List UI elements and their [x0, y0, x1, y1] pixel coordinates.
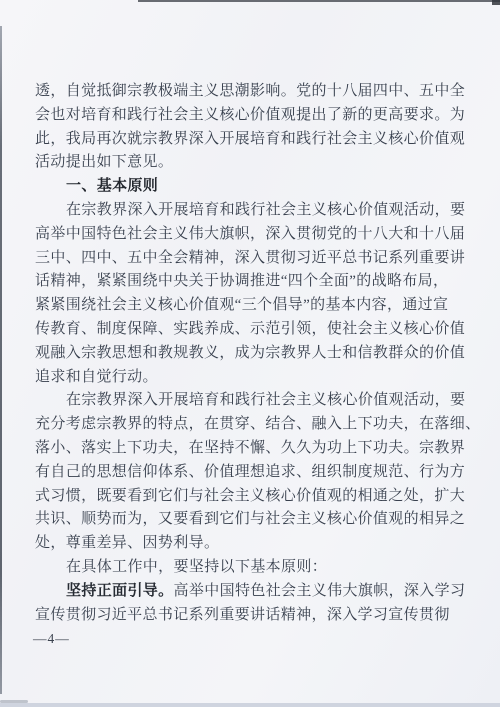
text-segment: 在具体工作中，要坚持以下基本原则：: [66, 559, 327, 575]
text-line: 高举中国特色社会主义伟大旗帜，深入贯彻党的十八大和十八届: [35, 223, 467, 247]
text-segment: 式习惯，既要看到它们与社会主义核心价值观的相通之处，扩大: [35, 488, 465, 504]
text-line: 话精神，紧紧围绕中央关于协调推进“四个全面”的战略布局，: [35, 270, 467, 294]
scan-edge-left: [0, 26, 2, 694]
text-line: 充分考虑宗教界的特点，在贯穿、结合、融入上下功夫，在落细、: [35, 413, 467, 437]
text-segment: 追求和自觉行动。: [35, 369, 158, 385]
text-line: 落小、落实上下功夫，在坚持不懈、久久为功上下功夫。宗教界: [35, 437, 467, 461]
text-line: 活动提出如下意见。: [35, 151, 467, 175]
text-line: 宣传贯彻习近平总书记系列重要讲话精神，深入学习宣传贯彻: [35, 604, 467, 628]
text-line: 一、基本原则: [35, 175, 467, 199]
text-segment: 此，我局再次就宗教界深入开展培育和践行社会主义核心价值观: [35, 131, 465, 147]
page-number: —4—: [33, 630, 70, 648]
text-line: 追求和自觉行动。: [35, 366, 467, 390]
text-line: 式习惯，既要看到它们与社会主义核心价值观的相通之处，扩大: [35, 485, 467, 509]
text-segment: 在宗教界深入开展培育和践行社会主义核心价值观活动，要: [66, 392, 465, 408]
text-line: 有自己的思想信仰体系、价值理想追求、组织制度规范、行为方: [35, 461, 467, 485]
paragraph-religious-characteristics: 在宗教界深入开展培育和践行社会主义核心价值观活动，要充分考虑宗教界的特点，在贯穿…: [35, 389, 467, 556]
scan-edge-bottom-band: [0, 703, 500, 707]
text-line: 观融入宗教思想和教规教义，成为宗教界人士和信教群众的价值: [35, 342, 467, 366]
bold-text-segment: 坚持正面引导。: [66, 583, 174, 599]
text-segment: 处，尊重差异、因势利导。: [35, 535, 219, 551]
document-text: 透，自觉抵御宗教极端主义思潮影响。党的十八届四中、五中全会也对培育和践行社会主义…: [35, 80, 467, 627]
text-segment: 观融入宗教思想和教规教义，成为宗教界人士和信教群众的价值: [35, 345, 465, 361]
text-segment: 宣传贯彻习近平总书记系列重要讲话精神，深入学习宣传贯彻: [35, 607, 450, 623]
text-line: 紧紧围绕社会主义核心价值观“三个倡导”的基本内容，通过宣: [35, 294, 467, 318]
text-segment: 紧紧围绕社会主义核心价值观“三个倡导”的基本内容，通过宣: [35, 297, 448, 313]
text-segment: 高举中国特色社会主义伟大旗帜，深入贯彻党的十八大和十八届: [35, 226, 465, 242]
paragraph-continuation: 透，自觉抵御宗教极端主义思潮影响。党的十八届四中、五中全会也对培育和践行社会主义…: [35, 80, 467, 175]
text-line: 坚持正面引导。高举中国特色社会主义伟大旗帜，深入学习: [35, 580, 467, 604]
text-line: 在宗教界深入开展培育和践行社会主义核心价值观活动，要: [35, 389, 467, 413]
text-line: 传教育、制度保障、实践养成、示范引领，使社会主义核心价值: [35, 318, 467, 342]
text-segment: 会也对培育和践行社会主义核心价值观提出了新的更高要求。为: [35, 107, 465, 123]
text-segment: 活动提出如下意见。: [35, 154, 173, 170]
scan-edge-bottom-smudge: [0, 700, 28, 703]
text-segment: 落小、落实上下功夫，在坚持不懈、久久为功上下功夫。宗教界: [35, 440, 465, 456]
text-segment: 在宗教界深入开展培育和践行社会主义核心价值观活动，要: [66, 202, 465, 218]
text-segment: 话精神，紧紧围绕中央关于协调推进“四个全面”的战略布局，: [35, 273, 448, 289]
text-line: 会也对培育和践行社会主义核心价值观提出了新的更高要求。为: [35, 104, 467, 128]
scanned-document-page: 透，自觉抵御宗教极端主义思潮影响。党的十八届四中、五中全会也对培育和践行社会主义…: [0, 0, 500, 707]
text-segment: 一、基本原则: [66, 178, 158, 194]
paragraph-work-principles-intro: 在具体工作中，要坚持以下基本原则：: [35, 556, 467, 580]
text-line: 透，自觉抵御宗教极端主义思潮影响。党的十八届四中、五中全: [35, 80, 467, 104]
paragraph-positive-guidance: 坚持正面引导。高举中国特色社会主义伟大旗帜，深入学习宣传贯彻习近平总书记系列重要…: [35, 580, 467, 628]
text-segment: 有自己的思想信仰体系、价值理想追求、组织制度规范、行为方: [35, 464, 465, 480]
text-segment: 高举中国特色社会主义伟大旗帜，深入学习: [174, 583, 466, 599]
scan-edge-top: [138, 0, 500, 2]
text-line: 共识、顺势而为，又要看到它们与社会主义核心价值观的相异之: [35, 508, 467, 532]
text-segment: 三中、四中、五中全会精神，深入贯彻习近平总书记系列重要讲: [35, 250, 465, 266]
text-segment: 透，自觉抵御宗教极端主义思潮影响。党的十八届四中、五中全: [35, 83, 465, 99]
text-segment: 传教育、制度保障、实践养成、示范引领，使社会主义核心价值: [35, 321, 465, 337]
text-line: 在宗教界深入开展培育和践行社会主义核心价值观活动，要: [35, 199, 467, 223]
text-segment: 共识、顺势而为，又要看到它们与社会主义核心价值观的相异之: [35, 511, 465, 527]
text-line: 在具体工作中，要坚持以下基本原则：: [35, 556, 467, 580]
paragraph-guiding-ideology: 在宗教界深入开展培育和践行社会主义核心价值观活动，要高举中国特色社会主义伟大旗帜…: [35, 199, 467, 389]
text-segment: 充分考虑宗教界的特点，在贯穿、结合、融入上下功夫，在落细、: [35, 416, 480, 432]
scan-edge-top-right-mark: [492, 0, 500, 5]
text-line: 处，尊重差异、因势利导。: [35, 532, 467, 556]
text-line: 此，我局再次就宗教界深入开展培育和践行社会主义核心价值观: [35, 128, 467, 152]
text-line: 三中、四中、五中全会精神，深入贯彻习近平总书记系列重要讲: [35, 247, 467, 271]
heading-basic-principles: 一、基本原则: [35, 175, 467, 199]
